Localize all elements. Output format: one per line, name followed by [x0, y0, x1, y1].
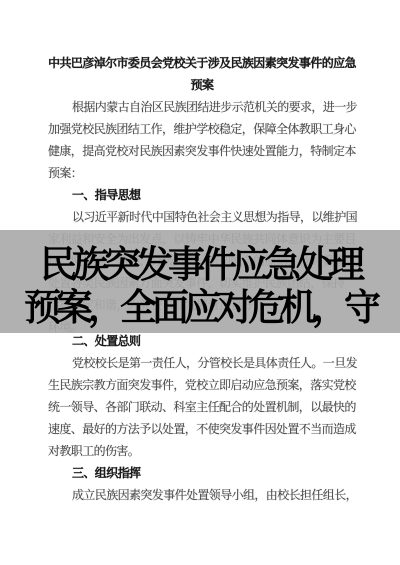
doc-line: 三、组织指挥: [48, 462, 356, 484]
doc-line: 党校校长是第一责任人，分管校长是具体责任人。一旦发: [48, 352, 356, 374]
doc-line: 以习近平新时代中国特色社会主义思想为指导，以维护国: [48, 206, 356, 228]
doc-line: 加强党校民族团结工作，维护学校稳定，保障全体教职工身心: [48, 118, 356, 140]
document-page: 中共巴彦淖尔市委员会党校关于涉及民族因素突发事件的应急预案根据内蒙古自治区民族团…: [0, 0, 400, 565]
doc-line: 预案：: [48, 162, 356, 184]
doc-line: 对教职工的伤害。: [48, 440, 356, 462]
doc-line: 速度、最好的方法予以处置，不使突发事件因处置不当而造成: [48, 418, 356, 440]
doc-line: 成立民族因素突发事件处置领导小组，由校长担任组长，: [48, 484, 356, 506]
doc-line: 统一领导、各部门联动、科室主任配合的处置机制，以最快的: [48, 396, 356, 418]
doc-line: 根据内蒙古自治区民族团结进步示范机关的要求，进一步: [48, 96, 356, 118]
doc-line: 一、指导思想: [48, 184, 356, 206]
doc-line: 预案: [48, 74, 356, 96]
headline-line-2: 预案，全面应对危机，守: [0, 286, 400, 329]
headline-overlay: 民族突发事件应急处理 预案，全面应对危机，守: [0, 243, 400, 329]
doc-line: 生民族宗教方面突发事件，党校立即启动应急预案，落实党校: [48, 374, 356, 396]
doc-line: 二、处置总则: [48, 330, 356, 352]
doc-line: 中共巴彦淖尔市委员会党校关于涉及民族因素突发事件的应急: [48, 52, 356, 74]
headline-line-1: 民族突发事件应急处理: [0, 243, 400, 286]
doc-line: 健康，提高党校对民族因素突发事件快速处置能力，特制定本: [48, 140, 356, 162]
document-lower-text: 二、处置总则党校校长是第一责任人，分管校长是具体责任人。一旦发生民族宗教方面突发…: [48, 330, 356, 506]
